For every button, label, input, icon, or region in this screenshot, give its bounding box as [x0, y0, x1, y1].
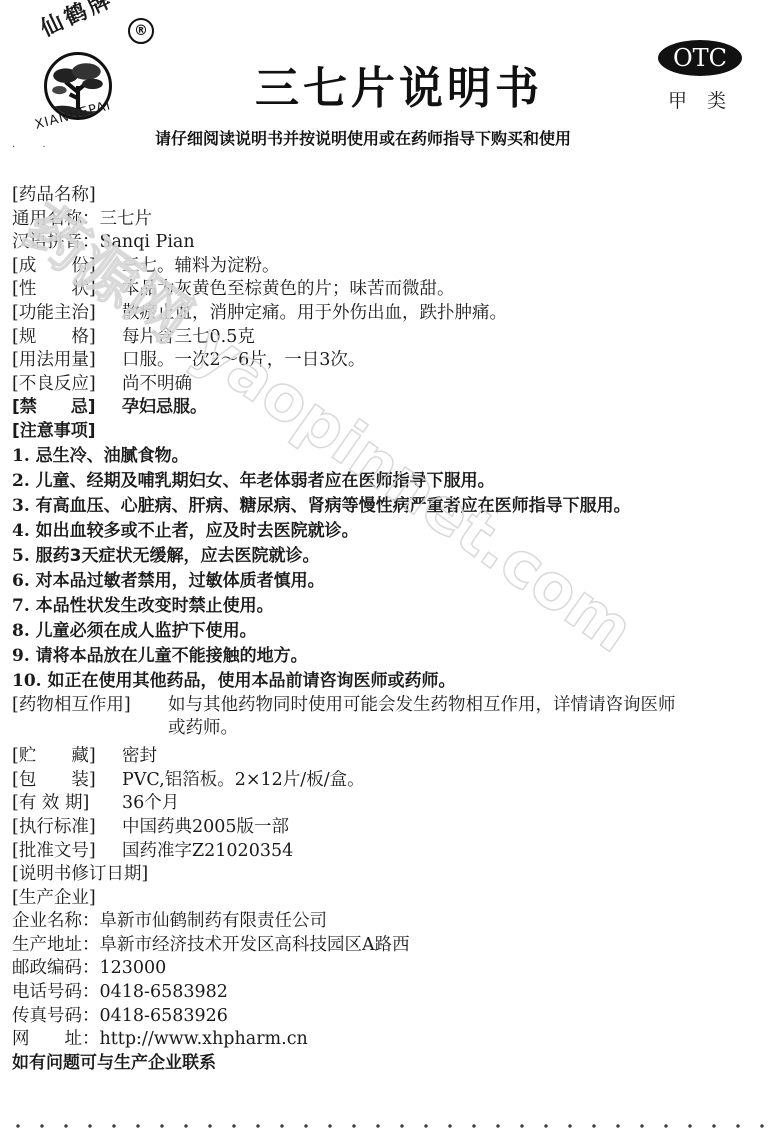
precaution-item: 1. 忌生冷、油腻食物。	[12, 444, 780, 469]
field-label: 传真号码：	[12, 1006, 100, 1026]
precaution-item: 4. 如出血较多或不止者，应及时去医院就诊。	[12, 519, 780, 544]
field-phone: 电话号码：0418-6583982	[12, 981, 780, 1005]
precaution-item: 8. 儿童必须在成人监护下使用。	[12, 619, 780, 644]
field-value: 国药准字Z21020354	[122, 841, 293, 861]
field-value: 0418-6583982	[100, 982, 228, 1002]
field-value: 如与其他药物同时使用可能会发生药物相互作用，详情请咨询医师	[168, 695, 676, 715]
field-label: 生产地址：	[12, 935, 100, 955]
field-value: http://www.xhpharm.cn	[100, 1029, 308, 1049]
section-header-revision-date: [说明书修订日期]	[12, 863, 780, 887]
field-fax: 传真号码：0418-6583926	[12, 1005, 780, 1029]
brand-name-cn: 仙鹤牌	[35, 0, 119, 43]
field-label: [不良反应]	[12, 373, 122, 397]
field-label: [执行标准]	[12, 816, 122, 840]
field-value: 孕妇忌服。	[122, 397, 207, 417]
leaflet-body: [药品名称] 通用名称：三七片 汉语拼音：Sanqi Pian [成 份]三七。…	[12, 184, 780, 1075]
field-contraindications: [禁 忌]孕妇忌服。	[12, 396, 780, 420]
field-interactions: [药物相互作用]如与其他药物同时使用可能会发生药物相互作用，详情请咨询医师	[12, 694, 780, 718]
field-label: [禁 忌]	[12, 396, 122, 420]
field-interactions-continued: 或药师。	[12, 717, 780, 745]
field-postcode: 邮政编码：123000	[12, 957, 780, 981]
field-label: [规 格]	[12, 326, 122, 350]
field-label: 邮政编码：	[12, 958, 100, 978]
field-company-address: 生产地址：阜新市经济技术开发区高科技园区A路西	[12, 934, 780, 958]
field-shelf-life: [有 效 期]36个月	[12, 792, 780, 816]
field-value: 中国药典2005版一部	[122, 817, 289, 837]
field-dosage: [用法用量]口服。一次2～6片，一日3次。	[12, 349, 780, 373]
section-header-precautions: [注意事项]	[12, 420, 780, 444]
field-label: 网 址：	[12, 1029, 100, 1049]
precaution-item: 5. 服药3天症状无缓解，应去医院就诊。	[12, 544, 780, 569]
precaution-item: 9. 请将本品放在儿童不能接触的地方。	[12, 644, 780, 669]
field-storage: [贮 藏]密封	[12, 745, 780, 769]
field-value: 阜新市经济技术开发区高科技园区A路西	[100, 935, 410, 955]
field-website: 网 址：http://www.xhpharm.cn	[12, 1028, 780, 1052]
field-value: 每片含三七0.5克	[122, 327, 255, 347]
field-label: 企业名称：	[12, 911, 100, 931]
field-description: [性 状]本品为灰黄色至棕黄色的片；味苦而微甜。	[12, 278, 780, 302]
precaution-item: 3. 有高血压、心脏病、肝病、糖尿病、肾病等慢性病严重者应在医师指导下服用。	[12, 494, 780, 519]
page-title: 三七片说明书	[255, 52, 543, 116]
field-label: [用法用量]	[12, 349, 122, 373]
field-label: 汉语拼音：	[12, 232, 100, 252]
otc-class-label: 甲类	[668, 86, 746, 113]
field-value: Sanqi Pian	[100, 232, 195, 252]
field-label: [药物相互作用]	[12, 694, 168, 718]
field-label: [成 份]	[12, 255, 122, 279]
field-label: [包 装]	[12, 769, 122, 793]
field-value: 尚不明确	[122, 374, 192, 394]
reading-instruction: 请仔细阅读说明书并按说明使用或在药师指导下购买和使用	[155, 126, 571, 149]
field-pinyin: 汉语拼音：Sanqi Pian	[12, 231, 780, 255]
field-label: [性 状]	[12, 278, 122, 302]
field-value: PVC,铝箔板。2×12片/板/盒。	[122, 770, 365, 790]
field-value: 三七片	[100, 209, 153, 229]
field-value: 本品为灰黄色至棕黄色的片；味苦而微甜。	[122, 279, 455, 299]
field-generic-name: 通用名称：三七片	[12, 208, 780, 232]
document-header: 仙鹤牌 ® XIANHEPAI 三七片说明书 请仔细阅读说明书并按说明使用或在药…	[0, 0, 780, 160]
precaution-item: 2. 儿童、经期及哺乳期妇女、年老体弱者应在医师指导下服用。	[12, 469, 780, 494]
field-specification: [规 格]每片含三七0.5克	[12, 326, 780, 350]
field-label: [有 效 期]	[12, 792, 122, 816]
field-value: 密封	[122, 746, 157, 766]
field-company-name: 企业名称：阜新市仙鹤制药有限责任公司	[12, 910, 780, 934]
brand-logo: 仙鹤牌 ® XIANHEPAI	[30, 12, 180, 132]
field-adverse-reactions: [不良反应]尚不明确	[12, 373, 780, 397]
field-label: [功能主治]	[12, 302, 122, 326]
field-label: 通用名称：	[12, 209, 100, 229]
field-ingredients: [成 份]三七。辅料为淀粉。	[12, 255, 780, 279]
field-indications: [功能主治]散瘀止血，消肿定痛。用于外伤出血，跌扑肿痛。	[12, 302, 780, 326]
field-value: 三七。辅料为淀粉。	[122, 256, 280, 276]
field-standard: [执行标准]中国药典2005版一部	[12, 816, 780, 840]
field-value: 0418-6583926	[100, 1006, 228, 1026]
precaution-item: 10. 如正在使用其他药品，使用本品前请咨询医师或药师。	[12, 669, 780, 694]
field-approval-number: [批准文号]国药准字Z21020354	[12, 840, 780, 864]
field-value: 36个月	[122, 793, 179, 813]
registered-mark-icon: ®	[128, 18, 154, 44]
field-label: [贮 藏]	[12, 745, 122, 769]
decorative-bottom-border	[0, 1122, 780, 1130]
field-value: 散瘀止血，消肿定痛。用于外伤出血，跌扑肿痛。	[122, 303, 507, 323]
field-value: 123000	[100, 958, 167, 978]
contact-note: 如有问题可与生产企业联系	[12, 1052, 780, 1076]
field-label: 电话号码：	[12, 982, 100, 1002]
section-header-drug-name: [药品名称]	[12, 184, 780, 208]
decorative-dots: · ·	[12, 142, 58, 153]
section-header-manufacturer: [生产企业]	[12, 887, 780, 911]
precaution-item: 7. 本品性状发生改变时禁止使用。	[12, 594, 780, 619]
otc-badge: OTC	[658, 40, 742, 76]
field-value: 口服。一次2～6片，一日3次。	[122, 350, 365, 370]
field-value: 阜新市仙鹤制药有限责任公司	[100, 911, 328, 931]
precaution-item: 6. 对本品过敏者禁用，过敏体质者慎用。	[12, 569, 780, 594]
field-packaging: [包 装]PVC,铝箔板。2×12片/板/盒。	[12, 769, 780, 793]
precautions-list: 1. 忌生冷、油腻食物。 2. 儿童、经期及哺乳期妇女、年老体弱者应在医师指导下…	[12, 444, 780, 694]
field-label: [批准文号]	[12, 840, 122, 864]
